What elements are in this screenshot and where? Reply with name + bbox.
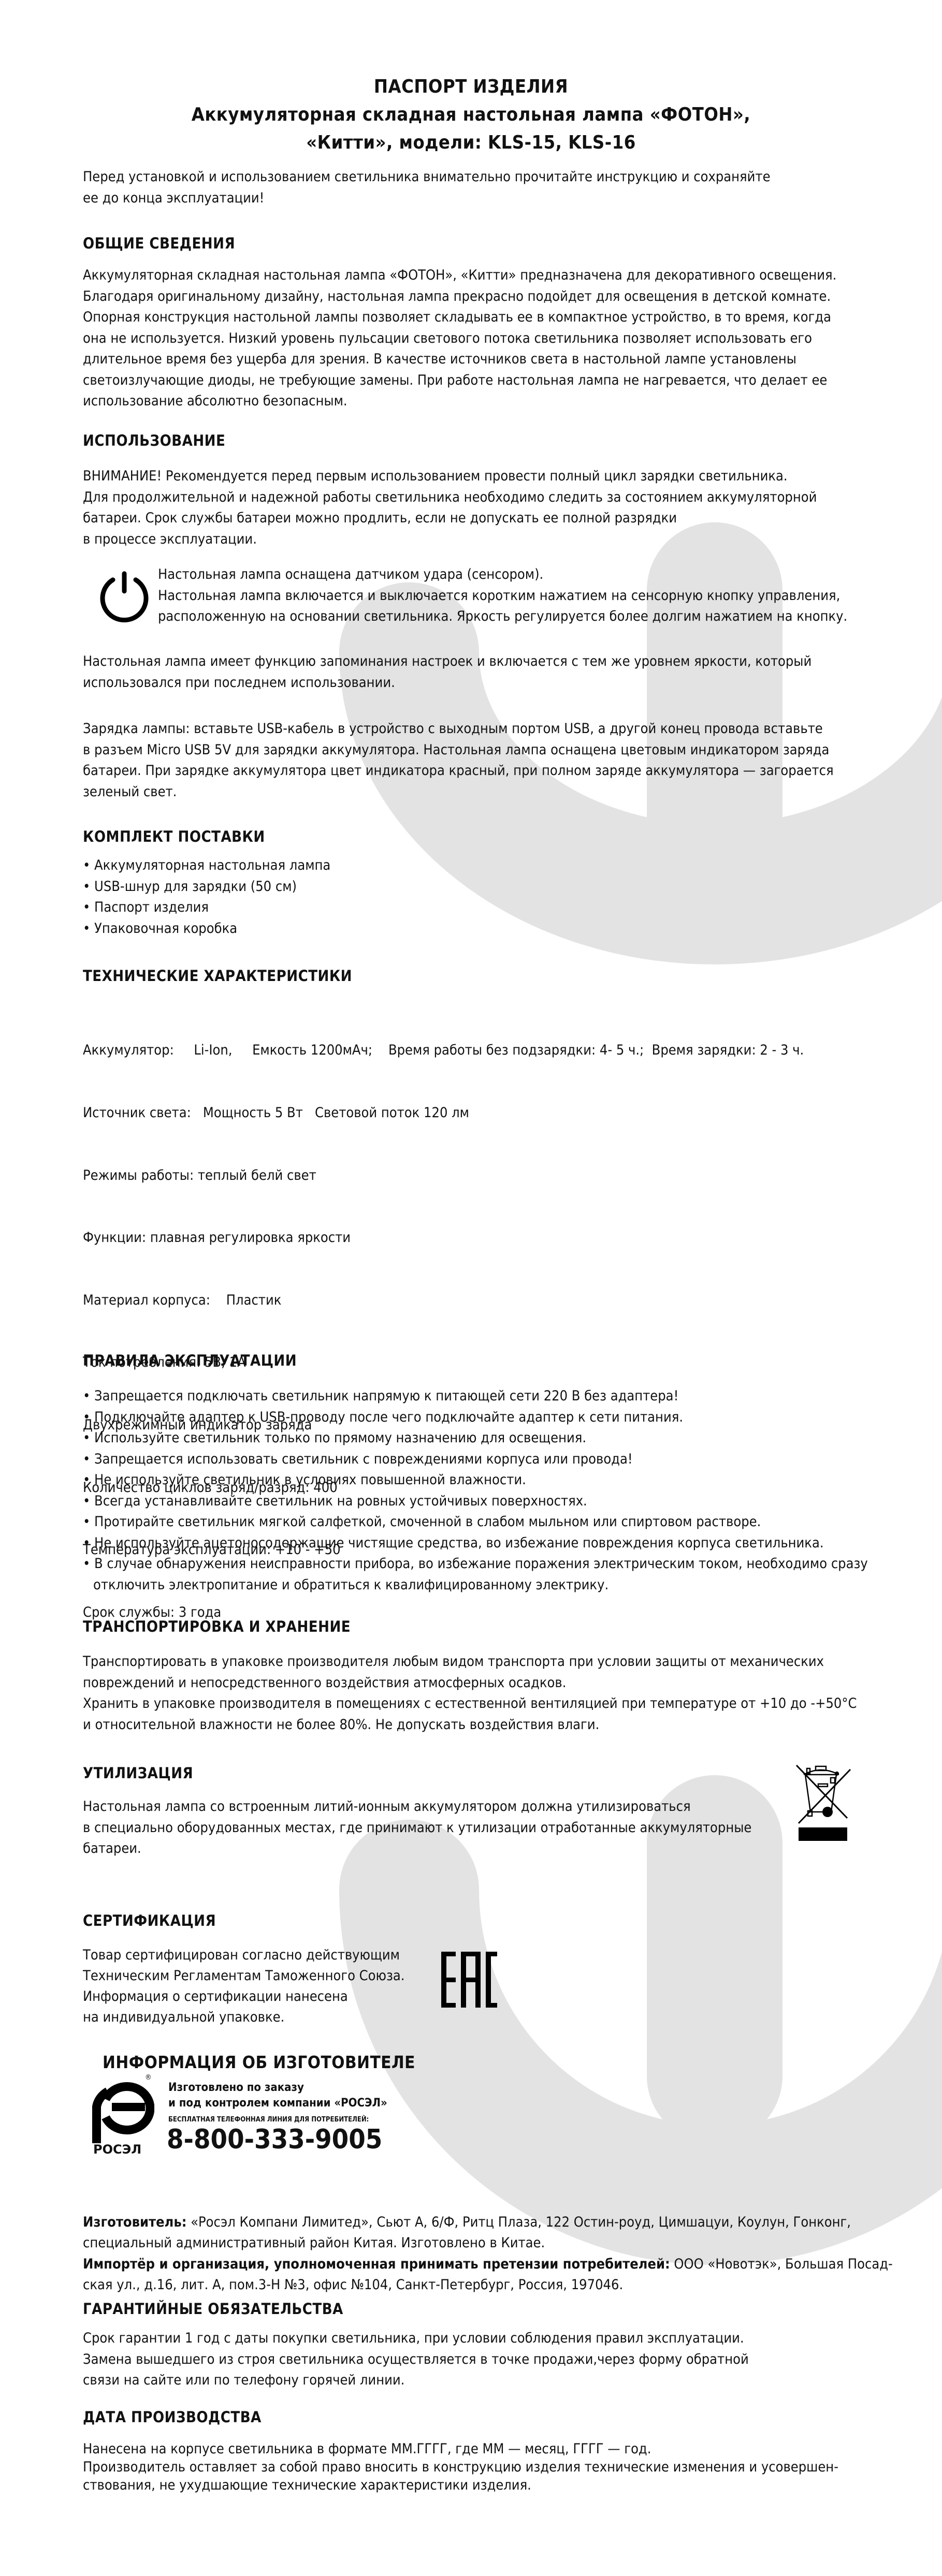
list-item: Протирайте светильник мягкой салфеткой, … — [83, 1512, 891, 1533]
package-list: Аккумуляторная настольная лампа USB-шнур… — [83, 855, 330, 939]
usage-charging-text: Зарядка лампы: вставьте USB-кабель в уст… — [83, 719, 834, 802]
production-date-text: Нанесена на корпусе светильника в формат… — [83, 2440, 838, 2494]
usage-heading: ИСПОЛЬЗОВАНИЕ — [83, 430, 225, 451]
transport-text: Транспортировать в упаковке производител… — [83, 1651, 857, 1735]
general-text: Аккумуляторная складная настольная лампа… — [83, 265, 836, 412]
document-title: ПАСПОРТ ИЗДЕЛИЯ — [0, 73, 942, 101]
spec-line: Аккумулятор: Li-Ion, Емкость 1200мАч; Вр… — [83, 1040, 804, 1061]
general-heading: ОБЩИЕ СВЕДЕНИЯ — [83, 233, 235, 254]
list-item: В случае обнаружения неисправности прибо… — [83, 1554, 891, 1596]
list-item: Запрещается подключать светильник напрям… — [83, 1386, 891, 1407]
warranty-heading: ГАРАНТИЙНЫЕ ОБЯЗАТЕЛЬСТВА — [83, 2299, 343, 2319]
usage-sensor-text: Настольная лампа оснащена датчиком удара… — [158, 564, 847, 627]
importer-legal-text: Импортёр и организация, уполномоченная п… — [83, 2233, 893, 2296]
list-item: Не используйте ацетоносодержащие чистящи… — [83, 1533, 891, 1554]
rules-list: Запрещается подключать светильник напрям… — [83, 1386, 891, 1596]
power-icon — [93, 564, 155, 626]
list-item: USB-шнур для зарядки (50 см) — [83, 876, 330, 898]
certification-heading: СЕРТИФИКАЦИЯ — [83, 1910, 216, 1931]
disposal-heading: УТИЛИЗАЦИЯ — [83, 1763, 193, 1783]
usage-warning: ВНИМАНИЕ! Рекомендуется перед первым исп… — [83, 466, 817, 550]
list-item: Подключайте адаптер к USB-проводу после … — [83, 1407, 891, 1428]
crossed-out-bin-icon — [792, 1760, 857, 1843]
manufacturer-info-heading: ИНФОРМАЦИЯ ОБ ИЗГОТОВИТЕЛЕ — [103, 2051, 415, 2074]
spec-line: Источник света: Мощность 5 Вт Световой п… — [83, 1103, 804, 1123]
intro-text: Перед установкой и использованием светил… — [83, 167, 771, 209]
list-item: Всегда устанавливайте светильник на ровн… — [83, 1491, 891, 1512]
warranty-text: Срок гарантии 1 год с даты покупки свети… — [83, 2328, 749, 2391]
product-subtitle-line2: «Китти», модели: KLS-15, KLS-16 — [0, 129, 942, 157]
spec-line: Режимы работы: теплый белй свет — [83, 1165, 804, 1186]
transport-heading: ТРАНСПОРТИРОВКА И ХРАНЕНИЕ — [83, 1616, 351, 1637]
specs-heading: ТЕХНИЧЕСКИЕ ХАРАКТЕРИСТИКИ — [83, 965, 352, 986]
rosel-logo-icon — [92, 2076, 154, 2143]
manufacturer-label: Изготовитель: — [83, 2214, 186, 2230]
made-by-line1: Изготовлено по заказу — [168, 2080, 304, 2096]
product-subtitle-line1: Аккумуляторная складная настольная лампа… — [0, 101, 942, 129]
spec-line: Материал корпуса: Пластик — [83, 1290, 804, 1311]
list-item: Не используйте светильник в условиях пов… — [83, 1470, 891, 1491]
list-item: Используйте светильник только по прямому… — [83, 1428, 891, 1449]
rules-heading: ПРАВИЛА ЭКСПЛУАТАЦИИ — [83, 1350, 297, 1371]
list-item: Аккумуляторная настольная лампа — [83, 855, 330, 876]
list-item: Упаковочная коробка — [83, 918, 330, 940]
certification-text: Товар сертифицирован согласно действующи… — [83, 1945, 404, 2028]
rosel-registered-mark: ® — [145, 2073, 152, 2082]
spec-line: Функции: плавная регулировка яркости — [83, 1227, 804, 1248]
importer-label: Импортёр и организация, уполномоченная п… — [83, 2256, 670, 2272]
list-item: Паспорт изделия — [83, 897, 330, 918]
package-heading: КОМПЛЕКТ ПОСТАВКИ — [83, 826, 265, 847]
made-by-line2: и под контролем компании «РОСЭЛ» — [168, 2096, 387, 2111]
usage-memory-text: Настольная лампа имеет функцию запоминан… — [83, 651, 811, 693]
production-date-heading: ДАТА ПРОИЗВОДСТВА — [83, 2407, 262, 2427]
eac-mark-icon — [441, 1952, 498, 2009]
rosel-logo-text: РОСЭЛ — [93, 2142, 141, 2157]
disposal-text: Настольная лампа со встроенным литий-ион… — [83, 1796, 751, 1860]
hotline-number: 8-800-333-9005 — [167, 2123, 382, 2157]
list-item: Запрещается использовать светильник с по… — [83, 1449, 891, 1470]
